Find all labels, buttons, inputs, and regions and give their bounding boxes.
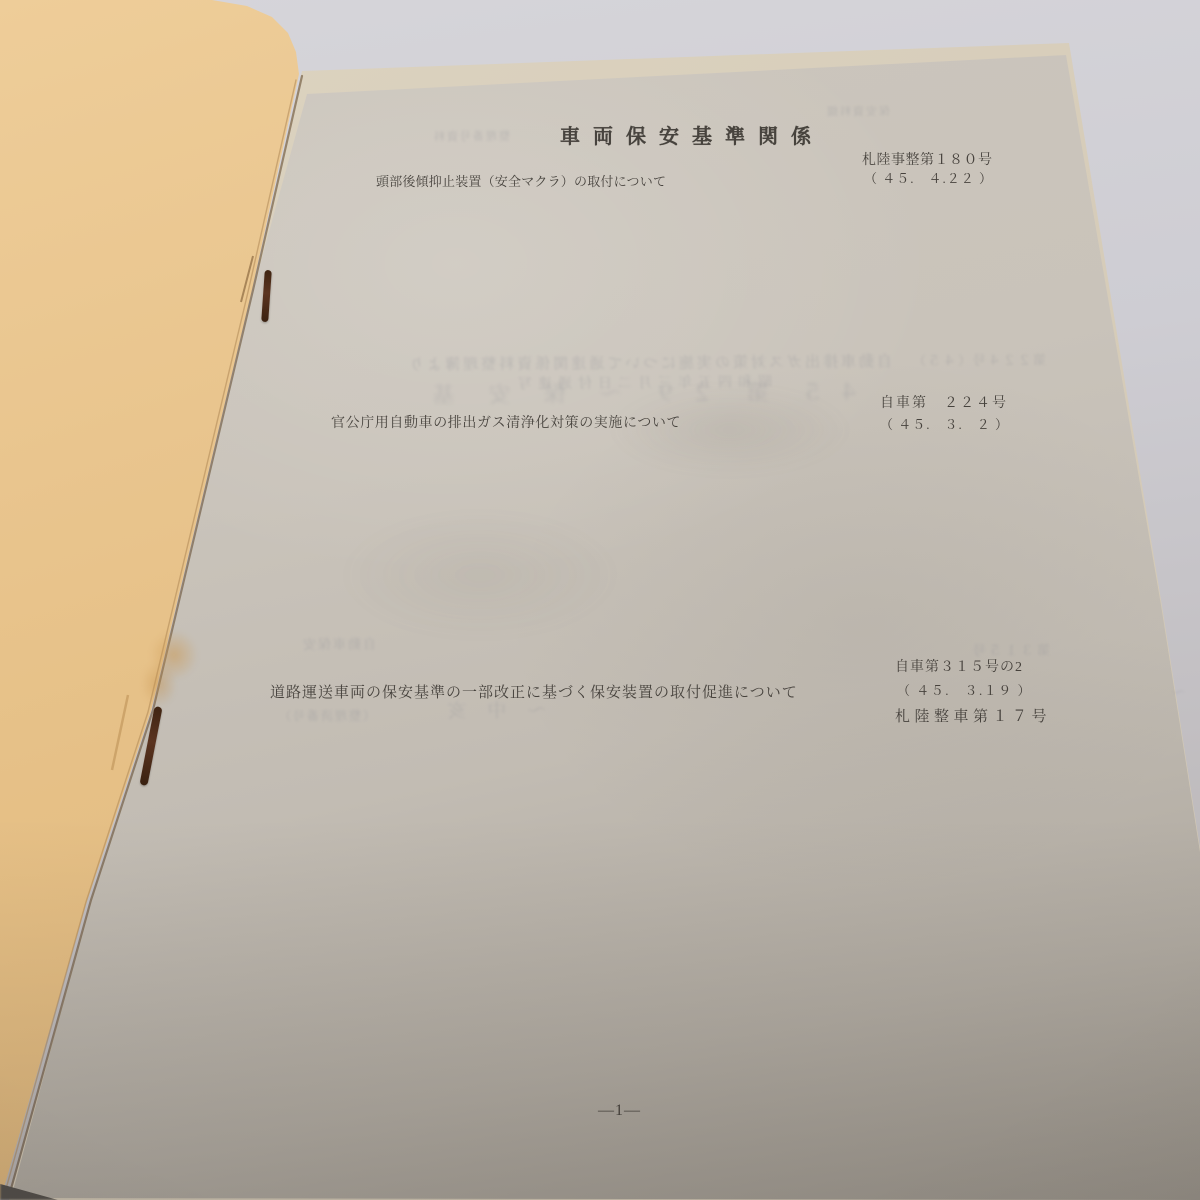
- section-1-ref-number: 札陸事整第１８０号: [862, 153, 993, 169]
- bleedthrough-text: 保安資料綴: [780, 103, 890, 120]
- section-3-ref-number: 自車第３１５号の2: [895, 660, 1023, 676]
- bleedthrough-text: 第２２４号（４５）: [896, 349, 1046, 369]
- section-3-subject: 道路運送車両の保安基準の一部改正に基づく保安装置の取付促進について: [270, 685, 798, 702]
- section-1-ref-date: （ ４５. ４.２２ ）: [864, 172, 993, 187]
- bleedthrough-handwriting: ４５ 第 ２９ 〜 保 安 基 準: [430, 375, 860, 409]
- section-1-subject: 頭部後傾抑止装置（安全マクラ）の取付について: [376, 175, 666, 190]
- bleedthrough-text: （整理済番号）: [260, 707, 375, 725]
- section-2-ref-date: （ ４５. ３. ２ ）: [880, 418, 1009, 433]
- page-number: —1—: [598, 1102, 641, 1120]
- section-2-subject: 官公庁用自動車の排出ガス清浄化対策の実施について: [331, 416, 681, 432]
- document-title: 車両保安基準関係: [560, 126, 824, 149]
- section-3-ref-number-2: 札陸整車第１７号: [895, 709, 1051, 726]
- section-2-ref-number: 自車第 ２２４号: [880, 396, 1008, 412]
- section-3-ref-date: （ ４５. ３.１９ ）: [897, 684, 1032, 699]
- bleedthrough-text: 〜: [1130, 682, 1185, 701]
- bleedthrough-text: 自動車排出ガス対策の実施について通達関係資料整理簿より: [336, 350, 892, 375]
- bleedthrough-text: 自動車保安: [256, 634, 376, 654]
- bleedthrough-text: 整理番号資料: [380, 128, 510, 145]
- bleedthrough-text: 第３１５号: [935, 640, 1050, 660]
- photo-of-booklet-page: 自動車排出ガス対策の実施について通達関係資料整理簿より 昭和四五年三月二日付通達…: [0, 0, 1200, 1200]
- glue-stain: [141, 661, 177, 707]
